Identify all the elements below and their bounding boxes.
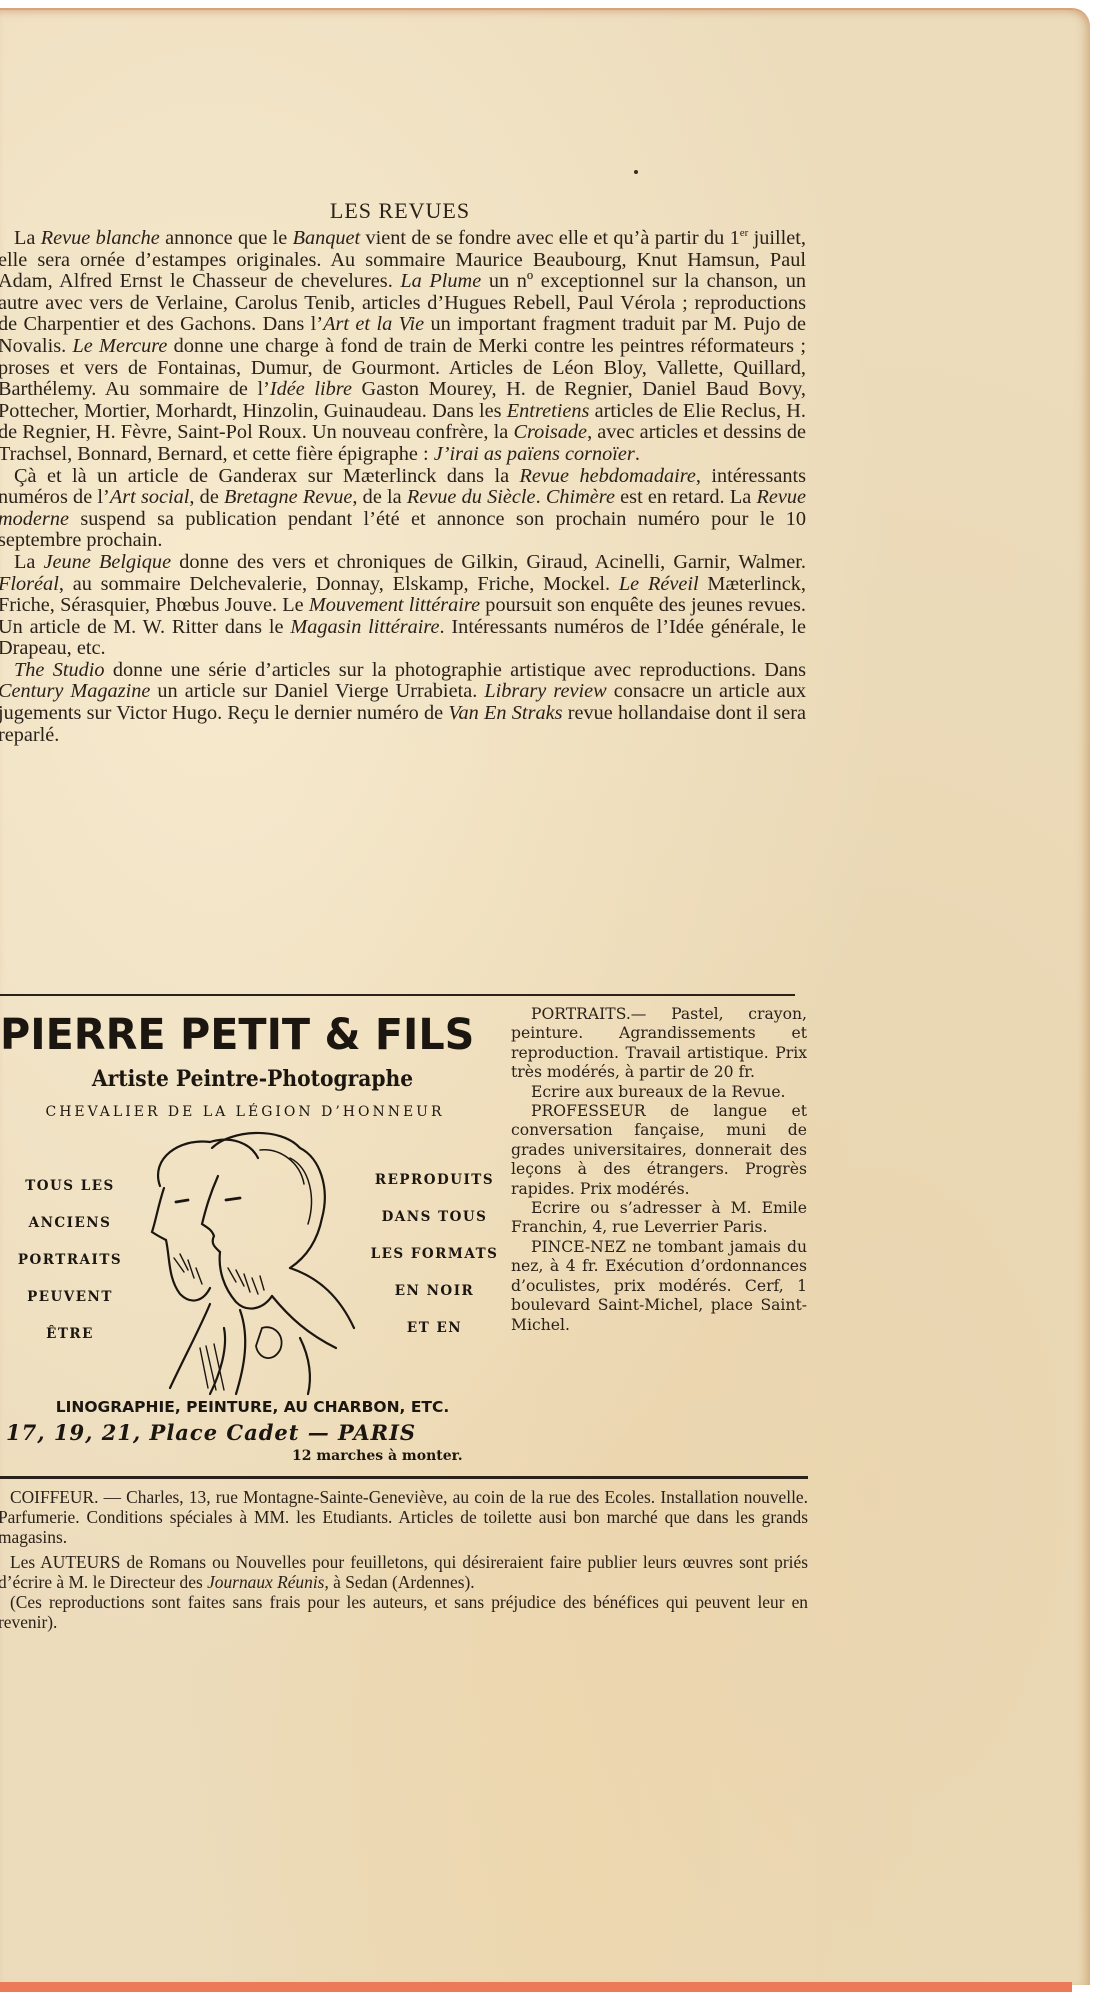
- publication-title: Magasin littéraire: [290, 616, 439, 638]
- notice-coiffeur: COIFFEUR. — Charles, 13, rue Montagne-Sa…: [0, 1488, 808, 1547]
- text-run: , au sommaire Delchevalerie, Donnay, Els…: [59, 573, 619, 595]
- publication-title: Le Réveil: [619, 573, 699, 595]
- page-bottom-red-edge: [0, 1982, 1072, 1992]
- publication-title: Bretagne Revue: [224, 486, 352, 508]
- notice-reproductions: (Ces reproductions sont faites sans frai…: [0, 1593, 808, 1633]
- notice-journal-title: Journaux Réunis: [207, 1572, 324, 1592]
- ad-address: 17, 19, 21, Place Cadet — PARIS: [6, 1420, 506, 1445]
- publication-title: Chimère: [546, 486, 615, 508]
- ad-word: LES FORMATS: [362, 1246, 507, 1283]
- page-content: LES REVUES La Revue blanche annonce que …: [0, 0, 1090, 1975]
- publication-title: Jeune Belgique: [44, 551, 172, 573]
- publication-title: Banquet: [293, 227, 361, 249]
- divider-rule-bottom: [0, 1476, 808, 1479]
- text-run: vient de se fondre avec elle et qu’à par…: [360, 227, 729, 249]
- text-run: .: [536, 486, 546, 508]
- ad-word: ANCIENS: [0, 1215, 140, 1252]
- ad-right-words: REPRODUITS DANS TOUS LES FORMATS EN NOIR…: [362, 1172, 507, 1357]
- text-run: donne des vers et chroniques de Gilkin, …: [171, 551, 806, 573]
- ad-techniques: LINOGRAPHIE, PEINTURE, AU CHARBON, ETC.: [0, 1398, 505, 1416]
- publication-title: Entretiens: [507, 400, 590, 422]
- text-run: La: [14, 227, 41, 249]
- ad-text: Ecrire aux bureaux de la Revue.: [531, 1083, 786, 1101]
- section-title: LES REVUES: [0, 198, 800, 224]
- text-run: er: [740, 227, 749, 239]
- notices-section: COIFFEUR. — Charles, 13, rue Montagne-Sa…: [0, 1488, 808, 1639]
- classified-ad: PROFESSEUR de langue et conversation fan…: [511, 1102, 807, 1199]
- ad-lead-word: PROFESSEUR: [531, 1102, 646, 1120]
- publication-title: Revue blanche: [41, 227, 160, 249]
- publication-title: Le Mercure: [72, 335, 167, 357]
- publication-title: Croisade: [513, 421, 587, 443]
- text-run: , de: [189, 486, 224, 508]
- text-run: .: [635, 443, 640, 465]
- publication-title: The Studio: [14, 659, 105, 681]
- article-paragraph: Çà et là un article de Ganderax sur Mæte…: [0, 466, 806, 552]
- publication-title: Idée libre: [270, 378, 352, 400]
- text-run: annonce que le: [160, 227, 293, 249]
- article-paragraph: La Jeune Belgique donne des vers et chro…: [0, 552, 806, 660]
- publication-title: Library review: [484, 680, 606, 702]
- text-run: suspend sa publication pendant l’été et …: [0, 508, 806, 552]
- ad-word: PORTRAITS: [0, 1252, 140, 1289]
- publication-title: Floréal: [0, 573, 59, 595]
- ad-word: EN NOIR: [362, 1283, 507, 1320]
- ad-note: 12 marches à monter.: [292, 1448, 463, 1464]
- ad-word: PEUVENT: [0, 1289, 140, 1326]
- classified-ad: PINCE-NEZ ne tombant jamais du nez, à 4 …: [511, 1238, 807, 1335]
- notice-auteurs: Les AUTEURS de Romans ou Nouvelles pour …: [0, 1553, 808, 1593]
- publication-title: J’irai as païens cornoïer: [434, 443, 635, 465]
- text-run: Çà et là un article de Ganderax sur Mæte…: [14, 465, 520, 487]
- ad-left-words: TOUS LES ANCIENS PORTRAITS PEUVENT ÊTRE: [0, 1178, 140, 1363]
- ad-lead-word: PORTRAITS.: [531, 1005, 631, 1023]
- publication-title: Revue du Siècle: [407, 486, 536, 508]
- publication-title: Art social: [110, 486, 190, 508]
- classified-ad: Ecrire aux bureaux de la Revue.: [511, 1083, 807, 1102]
- ad-word: TOUS LES: [0, 1178, 140, 1215]
- ad-word: ÊTRE: [0, 1326, 140, 1363]
- revues-article: La Revue blanche annonce que le Banquet …: [0, 228, 806, 746]
- text-run: est en retard. La: [615, 486, 757, 508]
- text-run: La: [14, 551, 44, 573]
- publication-title: La Plume: [400, 270, 481, 292]
- text-run: donne une série d’articles sur la photog…: [105, 659, 806, 681]
- notice-text: , à Sedan (Ardennes).: [324, 1572, 474, 1592]
- text-run: un article sur Daniel Vierge Urrabieta.: [150, 680, 484, 702]
- text-run: , de la: [352, 486, 407, 508]
- ad-company-name: PIERRE PETIT & FILS: [0, 1010, 485, 1060]
- publication-title: Revue hebdomadaire: [520, 465, 696, 487]
- ad-lead-word: PINCE-NEZ: [531, 1238, 626, 1256]
- article-paragraph: La Revue blanche annonce que le Banquet …: [0, 228, 806, 466]
- portrait-engraving-icon: [140, 1128, 370, 1396]
- publication-title: Art et la Vie: [323, 313, 424, 335]
- classified-ads-column: PORTRAITS.— Pastel, crayon, peinture. Ag…: [511, 1005, 807, 1335]
- ad-subtitle: Artiste Peintre-Photographe: [20, 1066, 485, 1092]
- ad-text: Ecrire ou s’adresser à M. Emile Franchin…: [511, 1199, 807, 1236]
- text-run: 1: [730, 227, 740, 249]
- divider-rule: [0, 994, 795, 996]
- ad-word: REPRODUITS: [362, 1172, 507, 1209]
- ad-distinction: CHEVALIER DE LA LÉGION D’HONNEUR: [0, 1104, 490, 1120]
- ad-word: ET EN: [362, 1320, 507, 1357]
- publication-title: Van En Straks: [448, 702, 562, 724]
- ad-word: DANS TOUS: [362, 1209, 507, 1246]
- publication-title: Century Magazine: [0, 680, 150, 702]
- article-paragraph: The Studio donne une série d’articles su…: [0, 660, 806, 746]
- pierre-petit-advertisement: PIERRE PETIT & FILS Artiste Peintre-Phot…: [0, 1000, 505, 1465]
- publication-title: Mouvement littéraire: [309, 594, 480, 616]
- classified-ad: Ecrire ou s’adresser à M. Emile Franchin…: [511, 1199, 807, 1238]
- classified-ad: PORTRAITS.— Pastel, crayon, peinture. Ag…: [511, 1005, 807, 1083]
